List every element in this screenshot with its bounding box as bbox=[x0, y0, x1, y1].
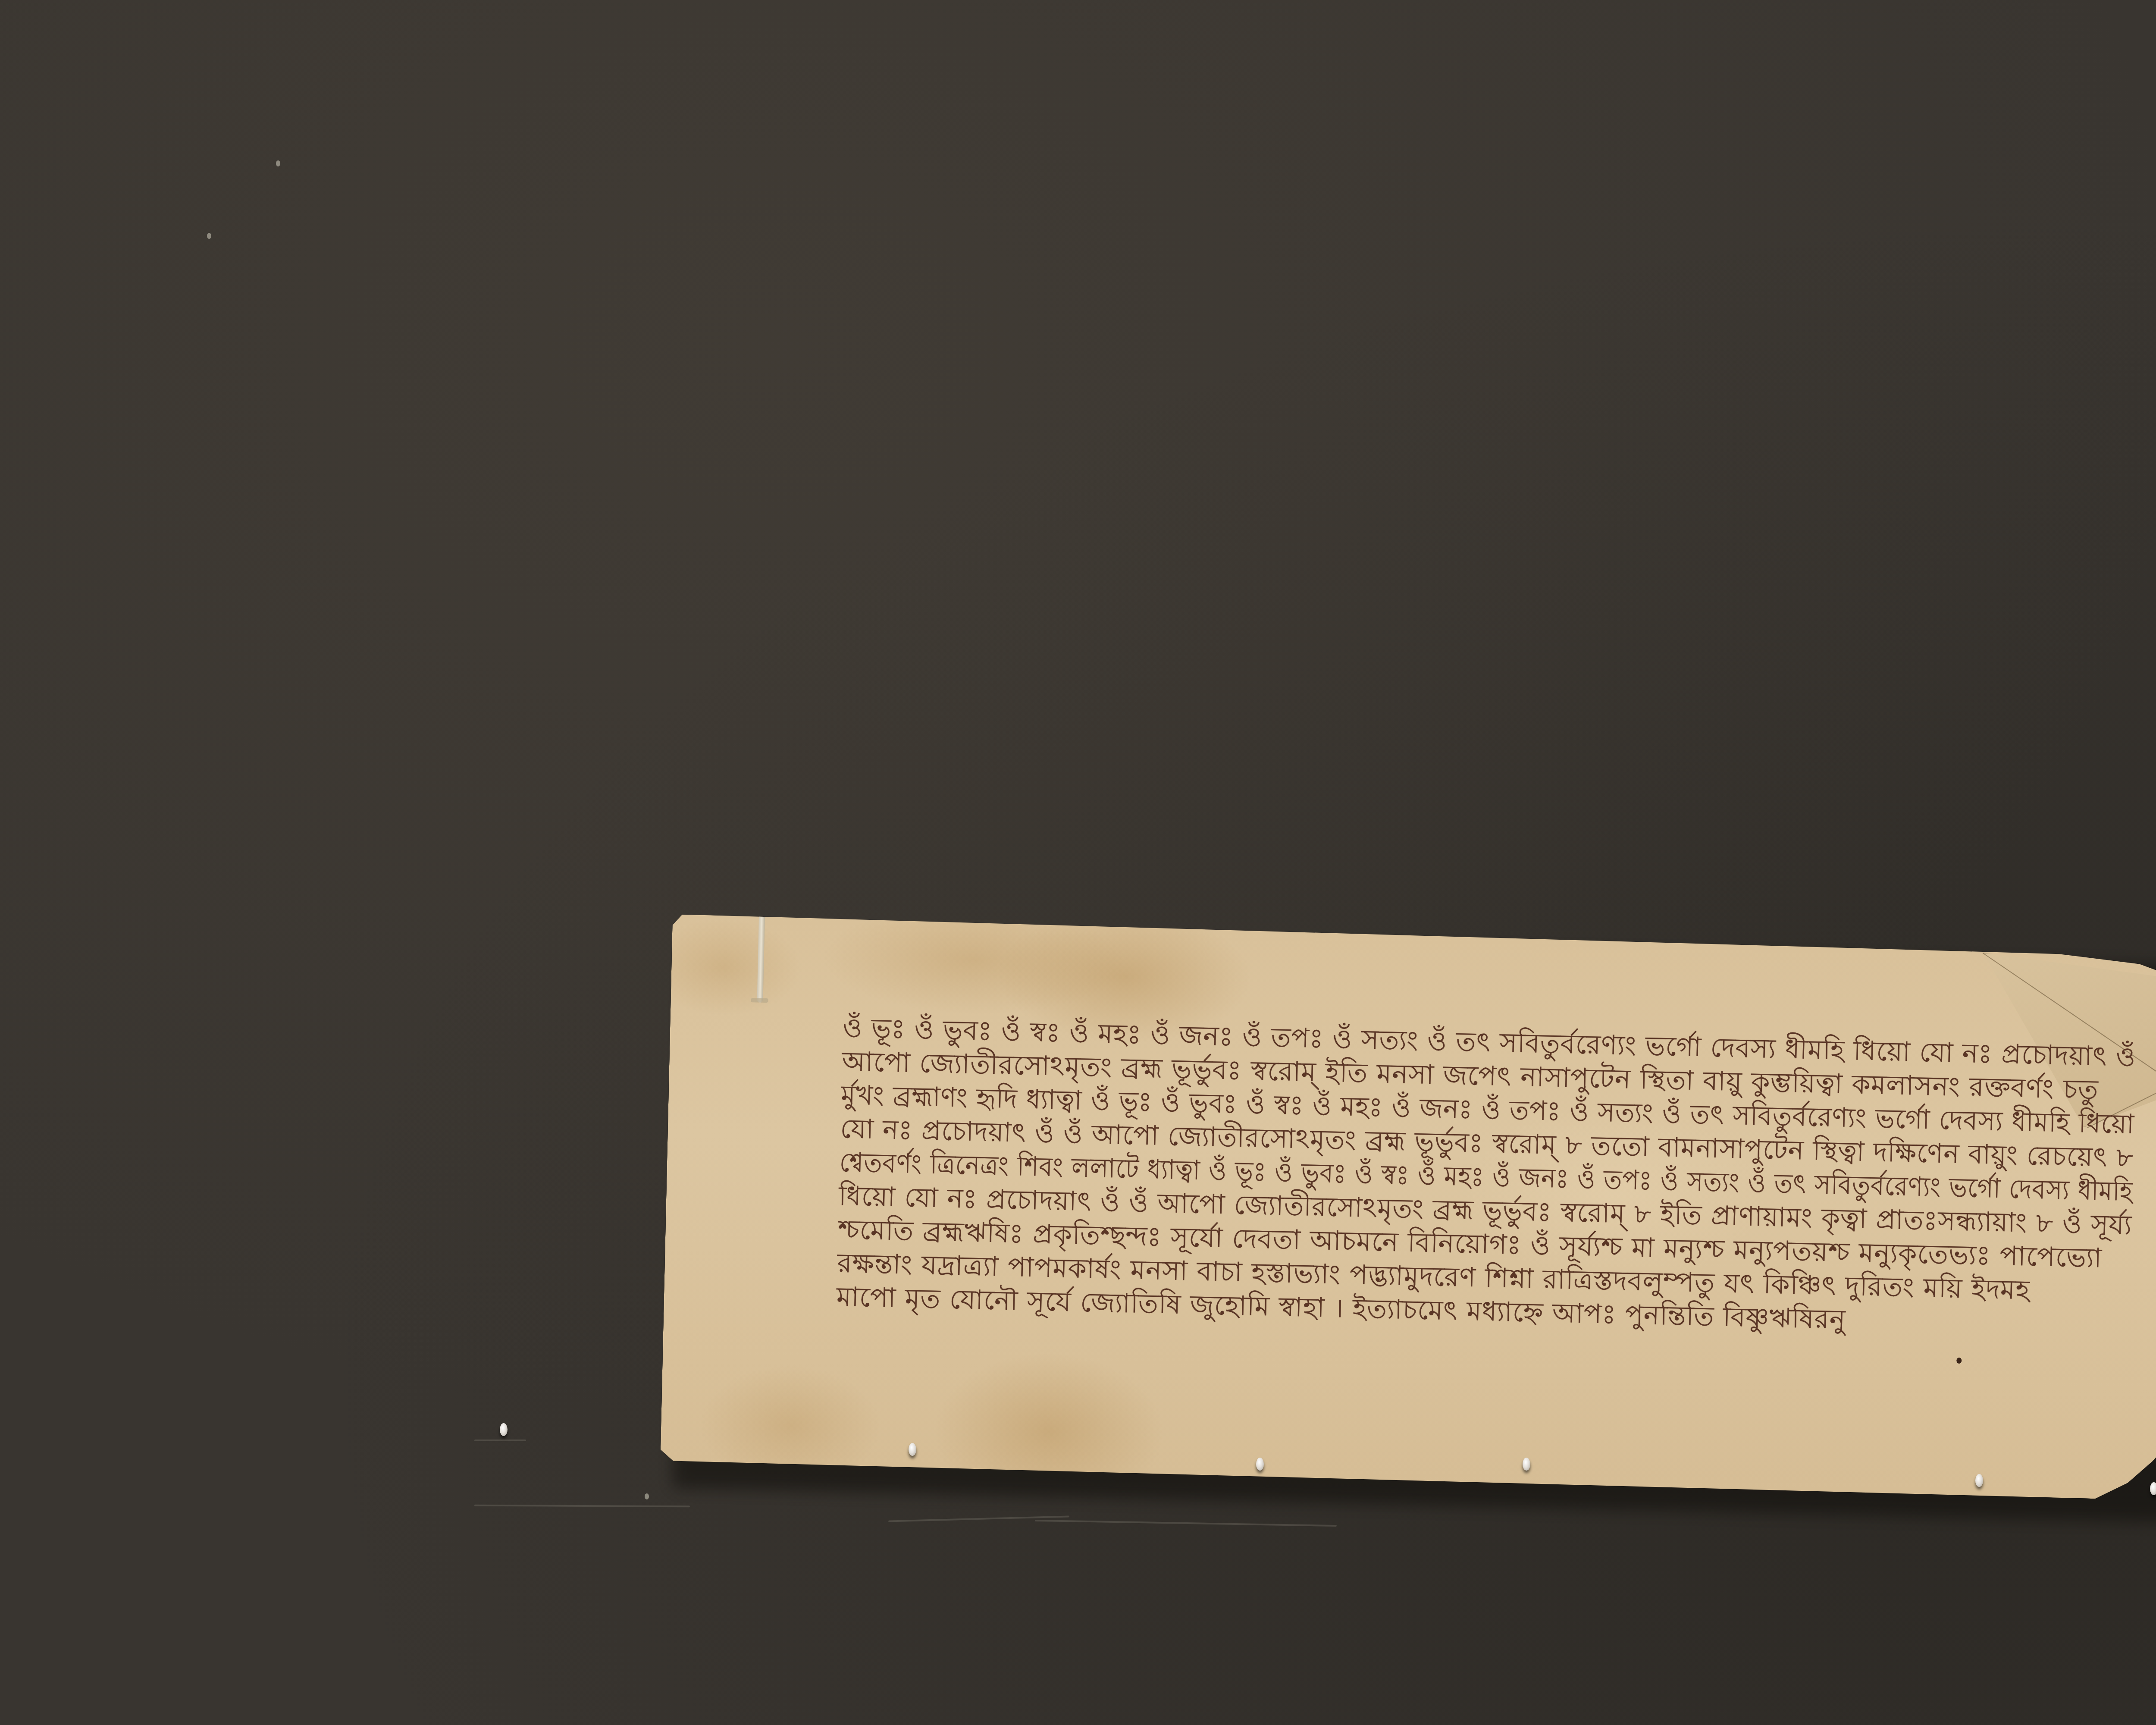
dust-speck bbox=[207, 233, 211, 239]
dust-speck bbox=[276, 160, 280, 166]
aged-paper-sheet: ওঁ ভূঃ ওঁ ভুবঃ ওঁ স্বঃ ওঁ মহঃ ওঁ জনঃ ওঁ … bbox=[660, 914, 2156, 1503]
manuscript-leaf: ওঁ ভূঃ ওঁ ভুবঃ ওঁ স্বঃ ওঁ মহঃ ওঁ জনঃ ওঁ … bbox=[660, 914, 2156, 1529]
dark-fabric-background: ওঁ ভূঃ ওঁ ভুবঃ ওঁ স্বঃ ওঁ মহঃ ওঁ জনঃ ওঁ … bbox=[0, 0, 2156, 1725]
mounting-pin bbox=[500, 1423, 508, 1436]
mounting-pin bbox=[2150, 1482, 2156, 1495]
manuscript-text: ওঁ ভূঃ ওঁ ভুবঃ ওঁ স্বঃ ওঁ মহঃ ওঁ জনঃ ওঁ … bbox=[836, 1011, 2136, 1343]
mounting-pin bbox=[909, 1443, 916, 1456]
fabric-thread bbox=[474, 1505, 690, 1508]
fabric-thread bbox=[474, 1440, 526, 1441]
dust-speck bbox=[645, 1493, 649, 1499]
ink-spot bbox=[1956, 1358, 1962, 1364]
mounting-pin bbox=[1256, 1458, 1264, 1471]
mounting-pin bbox=[1523, 1458, 1530, 1471]
fabric-thread bbox=[1035, 1520, 1337, 1527]
mounting-pin bbox=[1975, 1474, 1983, 1487]
binding-string bbox=[757, 912, 765, 1003]
binding-hole bbox=[751, 998, 768, 1003]
